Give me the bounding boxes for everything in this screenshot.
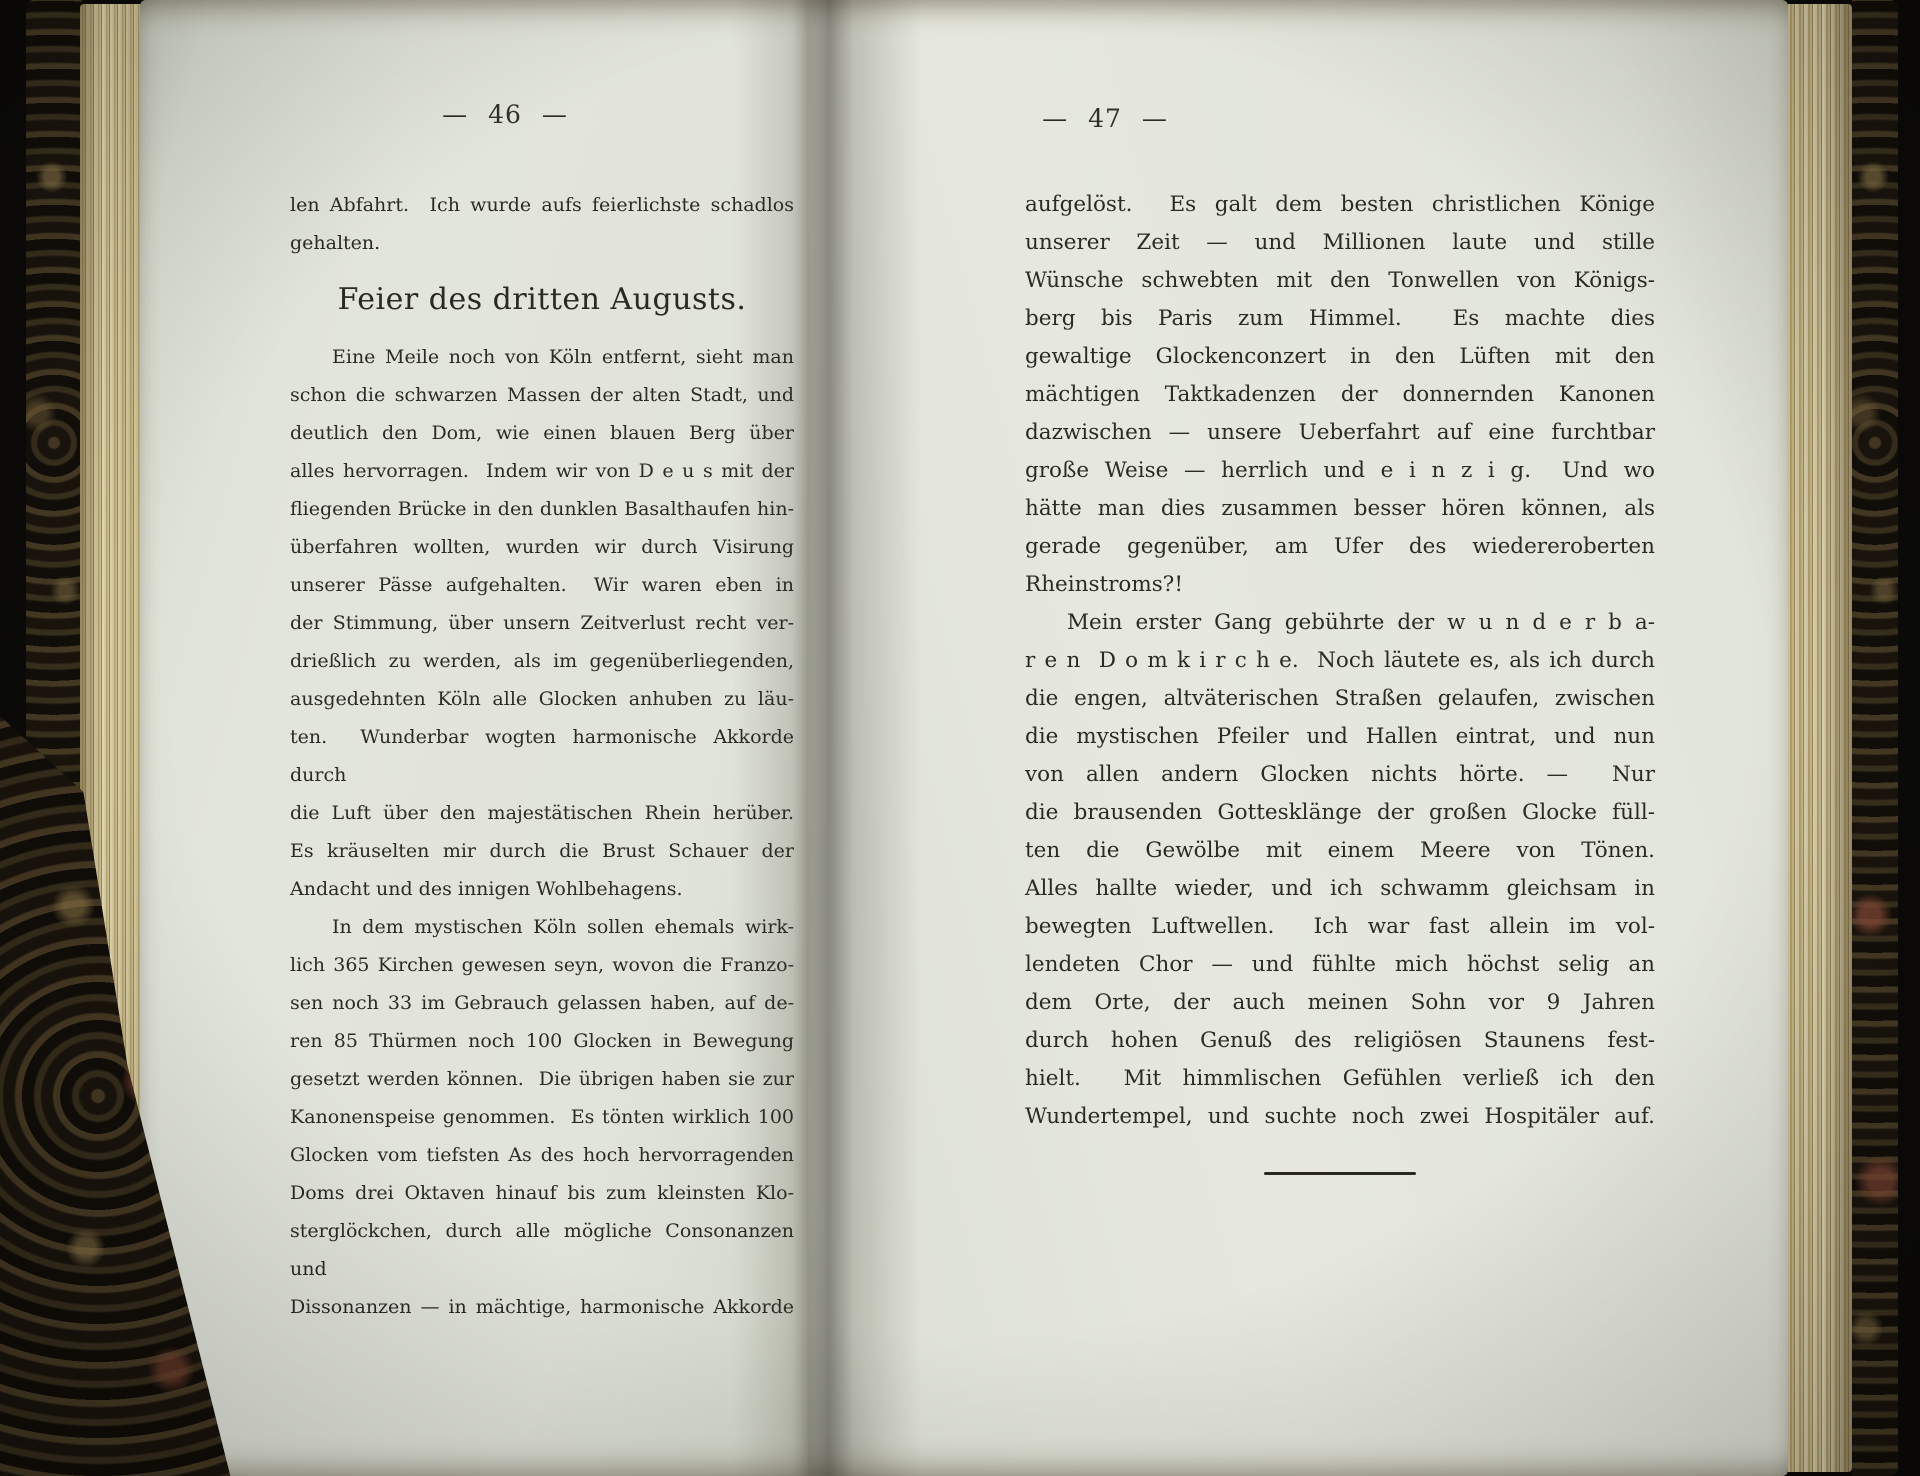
text-line: ausgedehnten Köln alle Glocken anhuben z… — [290, 680, 794, 718]
text-line: bewegten Luftwellen. Ich war fast allein… — [1025, 908, 1655, 946]
text-line: ren 85 Thürmen noch 100 Glocken in Beweg… — [290, 1022, 794, 1060]
text-line: Es kräuselten mir durch die Brust Schaue… — [290, 832, 794, 870]
text-line: Wundertempel, und suchte noch zwei Hospi… — [1025, 1098, 1655, 1136]
page-47-text-block: aufgelöst. Es galt dem besten christlich… — [1025, 186, 1655, 1136]
page-47: —47— aufgelöst. Es galt dem besten chris… — [808, 0, 1788, 1476]
text-line: große Weise — herrlich und e i n z i g. … — [1025, 452, 1655, 490]
text-line: der Stimmung, über unsern Zeitverlust re… — [290, 604, 794, 642]
page-edges-right — [1788, 4, 1852, 1472]
text-line: deutlich den Dom, wie einen blauen Berg … — [290, 414, 794, 452]
text-line: alles hervorragen. Indem wir von D e u s… — [290, 452, 794, 490]
text-line: Andacht und des innigen Wohlbehagens. — [290, 870, 794, 908]
text-line: drießlich zu werden, als im gegenüberlie… — [290, 642, 794, 680]
text-line: die mystischen Pfeiler und Hallen eintra… — [1025, 718, 1655, 756]
text-line: Mein erster Gang gebührte der w u n d e … — [1025, 604, 1655, 642]
text-line: Rheinstroms?! — [1025, 566, 1655, 604]
text-line: In dem mystischen Köln sollen ehemals wi… — [290, 908, 794, 946]
text-line: sen noch 33 im Gebrauch gelassen haben, … — [290, 984, 794, 1022]
header-dash-icon: — — [442, 100, 468, 129]
text-line: lich 365 Kirchen gewesen seyn, wovon die… — [290, 946, 794, 984]
section-end-rule — [1264, 1172, 1416, 1175]
text-line: gehalten. — [290, 224, 794, 262]
text-line: die Luft über den majestätischen Rhein h… — [290, 794, 794, 832]
text-line: Wünsche schwebten mit den Tonwellen von … — [1025, 262, 1655, 300]
text-line: ten. Wunderbar wogten harmonische Akkord… — [290, 718, 794, 794]
text-line: Doms drei Oktaven hinauf bis zum kleinst… — [290, 1174, 794, 1212]
text-line: die engen, altväterischen Straßen gelauf… — [1025, 680, 1655, 718]
header-dash-icon: — — [1142, 104, 1168, 133]
text-line: unserer Pässe aufgehalten. Wir waren ebe… — [290, 566, 794, 604]
text-line: dazwischen — unsere Ueberfahrt auf eine … — [1025, 414, 1655, 452]
page-46-text-block: Eine Meile noch von Köln entfernt, sieht… — [290, 338, 794, 1326]
text-line: r e n D o m k i r c h e. Noch läutete es… — [1025, 642, 1655, 680]
text-line: gesetzt werden können. Die übrigen haben… — [290, 1060, 794, 1098]
page-46-header: —46— — [420, 100, 590, 129]
text-line: hätte man dies zusammen besser hören kön… — [1025, 490, 1655, 528]
text-line: Dissonanzen — in mächtige, harmonische A… — [290, 1288, 794, 1326]
page-number-46: 46 — [488, 100, 522, 129]
page-number-47: 47 — [1088, 104, 1122, 133]
text-line: dem Orte, der auch meinen Sohn vor 9 Jah… — [1025, 984, 1655, 1022]
text-line: Glocken vom tiefsten As des hoch hervorr… — [290, 1136, 794, 1174]
text-line: Kanonenspeise genommen. Es tönten wirkli… — [290, 1098, 794, 1136]
text-line: fliegenden Brücke in den dunklen Basalth… — [290, 490, 794, 528]
text-line: schon die schwarzen Massen der alten Sta… — [290, 376, 794, 414]
section-heading: Feier des dritten Augusts. — [290, 282, 794, 317]
page-46: —46— len Abfahrt. Ich wurde aufs feierli… — [140, 0, 808, 1476]
text-line: aufgelöst. Es galt dem besten christlich… — [1025, 186, 1655, 224]
text-line: Alles hallte wieder, und ich schwamm gle… — [1025, 870, 1655, 908]
text-line: sterglöckchen, durch alle mögliche Conso… — [290, 1212, 794, 1288]
page-47-header: —47— — [1020, 104, 1190, 133]
book-cover-right — [1852, 0, 1898, 1476]
text-line: von allen andern Glocken nichts hörte. —… — [1025, 756, 1655, 794]
text-line: überfahren wollten, wurden wir durch Vis… — [290, 528, 794, 566]
text-line: gerade gegenüber, am Ufer des wiedererob… — [1025, 528, 1655, 566]
open-book-photo: —46— len Abfahrt. Ich wurde aufs feierli… — [0, 0, 1920, 1476]
header-dash-icon: — — [542, 100, 568, 129]
text-line: Eine Meile noch von Köln entfernt, sieht… — [290, 338, 794, 376]
text-line: lendeten Chor — und fühlte mich höchst s… — [1025, 946, 1655, 984]
text-line: ten die Gewölbe mit einem Meere von Töne… — [1025, 832, 1655, 870]
text-line: mächtigen Taktkadenzen der donnernden Ka… — [1025, 376, 1655, 414]
text-line: gewaltige Glockenconzert in den Lüften m… — [1025, 338, 1655, 376]
page-46-paragraph-end: len Abfahrt. Ich wurde aufs feierlichste… — [290, 186, 794, 262]
text-line: durch hohen Genuß des religiösen Staunen… — [1025, 1022, 1655, 1060]
text-line: unserer Zeit — und Millionen laute und s… — [1025, 224, 1655, 262]
header-dash-icon: — — [1042, 104, 1068, 133]
text-line: len Abfahrt. Ich wurde aufs feierlichste… — [290, 186, 794, 224]
text-line: berg bis Paris zum Himmel. Es machte die… — [1025, 300, 1655, 338]
text-line: hielt. Mit himmlischen Gefühlen verließ … — [1025, 1060, 1655, 1098]
text-line: die brausenden Gottesklänge der großen G… — [1025, 794, 1655, 832]
